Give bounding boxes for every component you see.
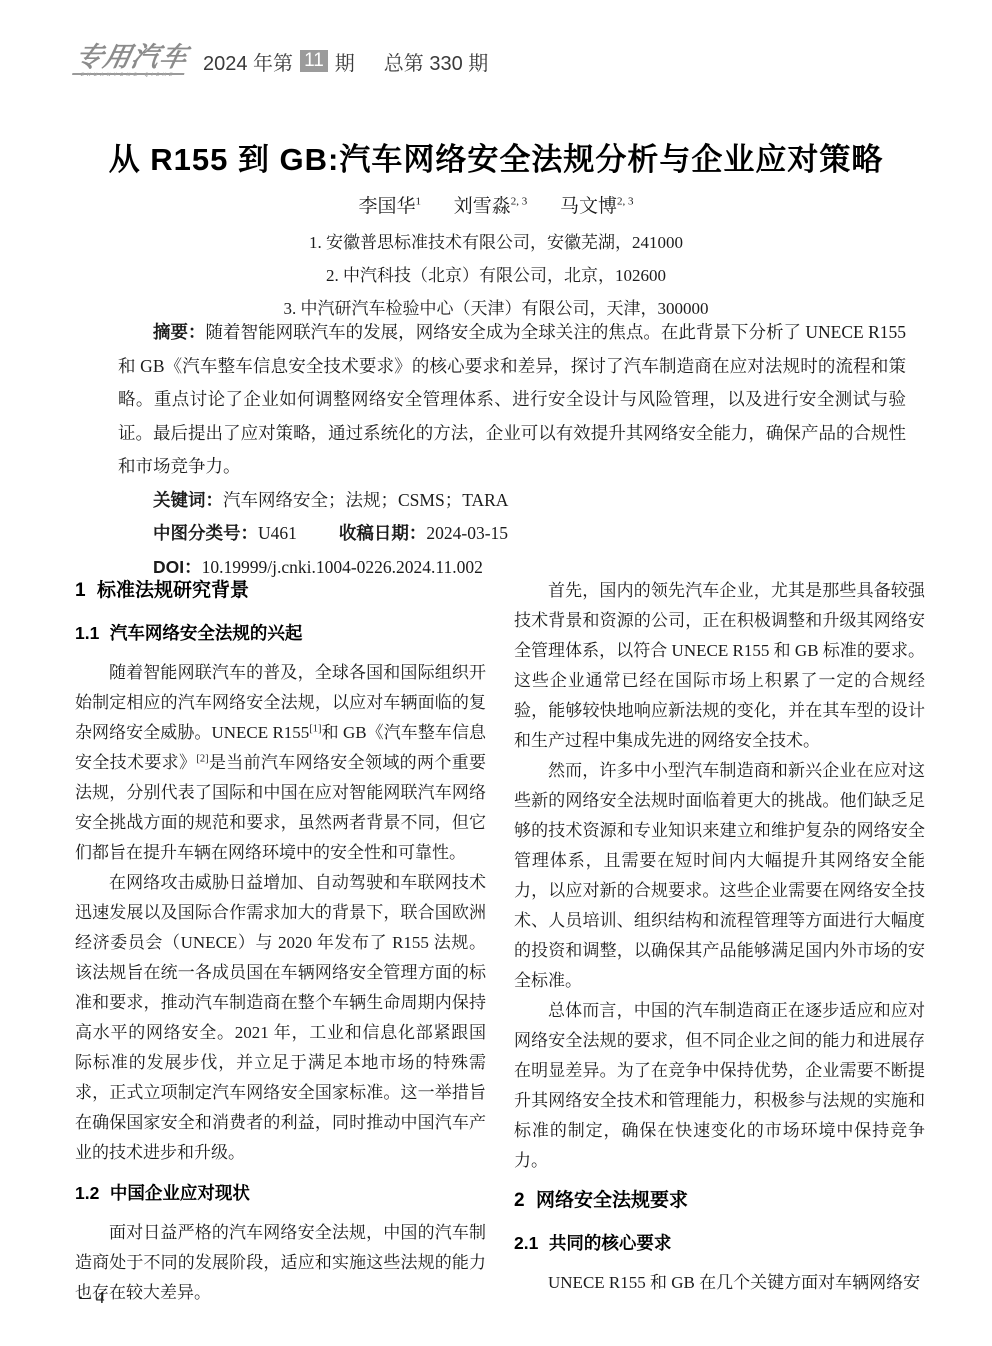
issue-suffix: 期 — [335, 47, 355, 76]
clc-value: U461 — [258, 523, 297, 543]
issue-prefix: 2024 年第 — [203, 47, 293, 76]
body-paragraph: UNECE R155 和 GB 在几个关键方面对车辆网络安 — [514, 1268, 925, 1298]
clc-label: 中图分类号： — [153, 523, 258, 543]
subsection-heading-2-1: 2.1共同的核心要求 — [514, 1228, 925, 1258]
author-affil-superscript: 2, 3 — [617, 196, 634, 208]
keywords-label: 关键词： — [153, 490, 223, 510]
doi-label: DOI： — [153, 557, 202, 577]
journal-page: 专用汽车 ZHUANYONG QICHE 2024 年第 11 期 总第 330… — [0, 0, 992, 1346]
citation-marker: [1] — [309, 723, 321, 734]
body-paragraph: 总体而言，中国的汽车制造商正在逐步适应和应对网络安全法规的要求，但不同企业之间的… — [514, 996, 925, 1176]
page-header: 专用汽车 ZHUANYONG QICHE 2024 年第 11 期 总第 330… — [75, 44, 488, 78]
page-number: · 4 · — [78, 1288, 126, 1308]
author-line: 李国华1 刘雪淼2, 3 马文博2, 3 — [0, 191, 992, 218]
issue-total: 总第 330 期 — [384, 47, 488, 76]
subsection-heading-1-1: 1.1汽车网络安全法规的兴起 — [75, 618, 486, 648]
body-columns: 1标准法规研究背景 1.1汽车网络安全法规的兴起 随着智能网联汽车的普及，全球各… — [75, 576, 925, 1308]
left-column: 1标准法规研究背景 1.1汽车网络安全法规的兴起 随着智能网联汽车的普及，全球各… — [75, 576, 486, 1308]
keywords-text: 汽车网络安全；法规；CSMS；TARA — [223, 490, 508, 510]
section-heading-1: 1标准法规研究背景 — [75, 576, 486, 606]
affiliation-list: 1. 安徽普思标准技术有限公司，安徽芜湖，241000 2. 中汽科技（北京）有… — [0, 226, 992, 325]
author: 李国华1 — [358, 196, 421, 217]
subsection-heading-1-2: 1.2中国企业应对现状 — [75, 1178, 486, 1208]
doi-value: 10.19999/j.cnki.1004-0226.2024.11.002 — [202, 557, 483, 577]
body-paragraph: 随着智能网联汽车的普及，全球各国和国际组织开始制定相应的汽车网络安全法规，以应对… — [75, 658, 486, 868]
keywords-line: 关键词：汽车网络安全；法规；CSMS；TARA — [118, 484, 906, 518]
right-column: 首先，国内的领先汽车企业，尤其是那些具备较强技术背景和资源的公司，正在积极调整和… — [514, 576, 925, 1308]
abstract-label: 摘要： — [153, 322, 206, 342]
body-paragraph: 在网络攻击威胁日益增加、自动驾驶和车联网技术迅速发展以及国际合作需求加大的背景下… — [75, 868, 486, 1168]
body-paragraph: 然而，许多中小型汽车制造商和新兴企业在应对这些新的网络安全法规时面临着更大的挑战… — [514, 756, 925, 996]
issue-line: 2024 年第 11 期 总第 330 期 — [203, 47, 488, 76]
body-paragraph: 面对日益严格的汽车网络安全法规，中国的汽车制造商处于不同的发展阶段，适应和实施这… — [75, 1218, 486, 1308]
received-date-label: 收稿日期： — [339, 523, 427, 543]
journal-logo-subtext: ZHUANYONG QICHE — [71, 73, 184, 78]
section-heading-2: 2网络安全法规要求 — [514, 1186, 925, 1216]
abstract-paragraph: 摘要：随着智能网联汽车的发展，网络安全成为全球关注的焦点。在此背景下分析了 UN… — [118, 316, 906, 484]
body-paragraph: 首先，国内的领先汽车企业，尤其是那些具备较强技术背景和资源的公司，正在积极调整和… — [514, 576, 925, 756]
journal-logo-text: 专用汽车 — [72, 42, 191, 75]
author-affil-superscript: 1 — [415, 196, 421, 208]
clc-received-line: 中图分类号：U461收稿日期：2024-03-15 — [118, 517, 906, 551]
received-date-value: 2024-03-15 — [426, 523, 508, 543]
journal-logo: 专用汽车 ZHUANYONG QICHE — [71, 44, 190, 78]
author: 马文博2, 3 — [560, 196, 634, 217]
author-affil-superscript: 2, 3 — [511, 196, 528, 208]
abstract-text: 随着智能网联汽车的发展，网络安全成为全球关注的焦点。在此背景下分析了 UNECE… — [118, 322, 906, 476]
author: 刘雪淼2, 3 — [454, 196, 528, 217]
article-title: 从 R155 到 GB:汽车网络安全法规分析与企业应对策略 — [0, 134, 992, 179]
issue-number-badge: 11 — [300, 50, 328, 73]
article-meta: 摘要：随着智能网联汽车的发展，网络安全成为全球关注的焦点。在此背景下分析了 UN… — [118, 316, 906, 584]
citation-marker: [2] — [196, 753, 208, 764]
affiliation-item: 1. 安徽普思标准技术有限公司，安徽芜湖，241000 — [0, 226, 992, 259]
affiliation-item: 2. 中汽科技（北京）有限公司，北京，102600 — [0, 259, 992, 292]
